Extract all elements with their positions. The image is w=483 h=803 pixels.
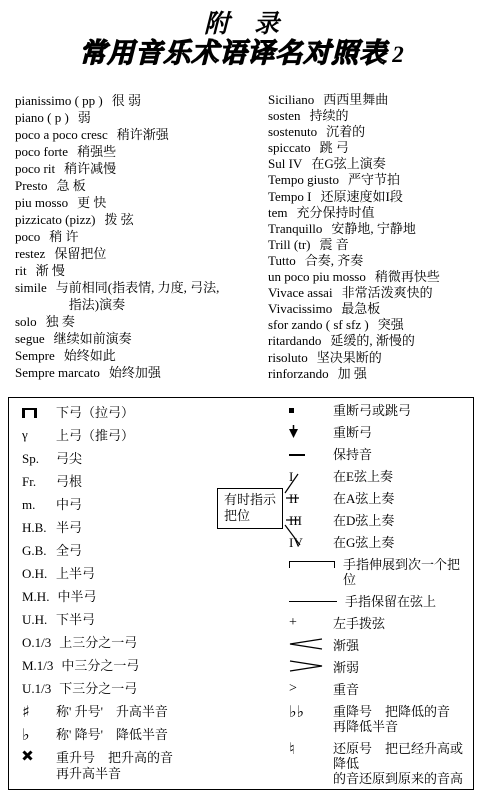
symbol-row: 重断弓或跳弓: [289, 403, 471, 418]
symbol-row: H.B.半弓: [22, 520, 240, 536]
symbol-meaning: 称' 降号' 降低半音: [56, 727, 168, 743]
symbol-meaning: 下三分之一弓: [59, 681, 137, 697]
symbol-meaning: 下弓（拉弓）: [56, 405, 134, 421]
sym-cell: I: [289, 469, 325, 484]
term-row: poco forte稍强些: [15, 143, 265, 160]
symbol-meaning: 上三分之一弓: [59, 635, 137, 651]
term-row: sfor zando ( sf sfz )突强: [268, 317, 481, 333]
symbol-row: Fr.弓根: [22, 474, 240, 490]
term-meaning: 持续的: [310, 108, 349, 124]
sym-cell: Sp.: [22, 451, 48, 467]
subtitle-number: 2: [392, 42, 404, 67]
term-row: ritardando延缓的, 渐慢的: [268, 333, 481, 349]
double-flat-icon: ♭♭: [289, 704, 304, 719]
symbol-meaning: 上半弓: [56, 566, 95, 582]
symbol-meaning: 在G弦上奏: [333, 535, 394, 550]
symbol-row: 手指保留在弦上: [289, 594, 471, 609]
symbol-row: 下弓（拉弓）: [22, 405, 240, 421]
term-meaning: 保留把位: [54, 245, 106, 262]
term-row: sostenuto沉着的: [268, 124, 481, 140]
term-row: Sempre始终如此: [15, 347, 265, 364]
term-row: Tranquillo安静地, 宁静地: [268, 221, 481, 237]
term-text: pizzicato (pizz): [15, 211, 95, 228]
sym-cell: [289, 638, 325, 650]
symbol-row: M.1/3中三分之一弓: [22, 658, 240, 674]
symbols-column-right: 重断弓或跳弓重断弓保持音I在E弦上奏II在A弦上奏III在D弦上奏IV在G弦上奏…: [289, 403, 471, 793]
term-text: sostenuto: [268, 124, 317, 140]
term-row: poco稍 许: [15, 228, 265, 245]
term-meaning: 更 快: [77, 194, 106, 211]
sym-cell: IV: [289, 535, 325, 550]
subtitle-text: 常用音乐术语译名对照表: [79, 38, 387, 68]
term-row: solo独 奏: [15, 313, 265, 330]
term-text: ritardando: [268, 333, 321, 349]
sharp-icon: ♯: [22, 704, 30, 719]
symbol-row: 渐弱: [289, 660, 471, 675]
term-meaning: 震 音: [320, 237, 349, 253]
bracket-icon: [289, 561, 335, 568]
term-text: un poco piu mosso: [268, 269, 366, 285]
flat-icon: ♭: [22, 727, 30, 742]
note-line2: 把位: [224, 508, 250, 523]
term-text: Tutto: [268, 253, 296, 269]
term-text: segue: [15, 330, 45, 347]
symbol-label: Fr.: [22, 474, 36, 490]
term-text: piu mosso: [15, 194, 68, 211]
sym-cell: [22, 405, 48, 418]
term-meaning: 西西里舞曲: [323, 92, 388, 108]
term-meaning: 突强: [378, 317, 404, 333]
symbol-meaning: 上弓（推弓）: [56, 428, 134, 444]
term-text: Sempre marcato: [15, 364, 100, 381]
term-text: rinforzando: [268, 366, 329, 382]
term-meaning: 稍强些: [77, 143, 116, 160]
term-meaning: 还原速度如I段: [321, 189, 403, 205]
term-text: Sempre: [15, 347, 55, 364]
term-meaning: 继续如前演奏: [54, 330, 132, 347]
symbol-row: ♮还原号 把已经升高或降低 的音还原到原来的音高: [289, 741, 471, 786]
double-sharp-icon: [22, 750, 33, 761]
symbol-label: II: [289, 491, 298, 506]
up-bow-icon: γ: [22, 428, 28, 442]
sym-cell: G.B.: [22, 543, 48, 559]
term-row: piu mosso更 快: [15, 194, 265, 211]
sym-cell: >: [289, 682, 325, 696]
symbol-label: U.H.: [22, 612, 47, 628]
term-text: Tranquillo: [268, 221, 322, 237]
term-row: Vivacissimo最急板: [268, 301, 481, 317]
symbol-label: M.1/3: [22, 658, 53, 674]
symbol-row: I在E弦上奏: [289, 469, 471, 484]
symbol-meaning: 中半弓: [57, 589, 96, 605]
sym-cell: [289, 557, 335, 568]
symbol-label: O.1/3: [22, 635, 51, 651]
term-row: simile与前相同(指表情, 力度, 弓法, 指法)演奏: [15, 279, 265, 313]
term-row: piano ( p )弱: [15, 109, 265, 126]
symbol-meaning: 左手拨弦: [333, 616, 385, 631]
term-meaning: 在G弦上演奏: [311, 156, 385, 172]
term-row: pianissimo ( pp )很 弱: [15, 92, 265, 109]
symbol-meaning: 重降号 把降低的音 再降低半音: [333, 704, 450, 734]
term-text: Tempo I: [268, 189, 312, 205]
terms-column-right: Siciliano西西里舞曲sosten持续的sostenuto沉着的spicc…: [268, 92, 481, 382]
sym-cell: [289, 594, 337, 602]
term-meaning: 与前相同(指表情, 力度, 弓法, 指法)演奏: [56, 279, 220, 313]
sym-cell: O.1/3: [22, 635, 51, 651]
sym-cell: H.B.: [22, 520, 48, 536]
symbol-meaning: 手指伸展到次一个把位: [343, 557, 471, 587]
sym-cell: Fr.: [22, 474, 48, 490]
term-meaning: 弱: [78, 109, 91, 126]
term-meaning: 稍 许: [49, 228, 78, 245]
sym-cell: [22, 750, 48, 761]
term-text: restez: [15, 245, 45, 262]
symbol-meaning: 中三分之一弓: [61, 658, 139, 674]
term-row: Trill (tr)震 音: [268, 237, 481, 253]
term-row: tem充分保持时值: [268, 205, 481, 221]
symbol-meaning: 全弓: [56, 543, 82, 559]
term-meaning: 合奏, 齐奏: [305, 253, 364, 269]
symbol-meaning: 渐强: [333, 638, 359, 653]
symbol-row: 手指伸展到次一个把位: [289, 557, 471, 587]
term-meaning: 拨 弦: [104, 211, 133, 228]
term-meaning: 坚决果断的: [317, 350, 382, 366]
symbol-meaning: 在D弦上奏: [333, 513, 394, 528]
page: 附 录 常用音乐术语译名对照表2 pianissimo ( pp )很 弱pia…: [0, 0, 483, 803]
symbol-meaning: 在A弦上奏: [333, 491, 394, 506]
marcato-icon: [289, 425, 298, 438]
symbols-box: 下弓（拉弓）γ上弓（推弓）Sp.弓尖Fr.弓根m.中弓H.B.半弓G.B.全弓O…: [8, 397, 474, 790]
symbol-label: m.: [22, 497, 35, 513]
sym-cell: O.H.: [22, 566, 48, 582]
sym-cell: ♯: [22, 704, 48, 719]
term-row: poco a poco cresc稍许渐强: [15, 126, 265, 143]
symbol-meaning: 手指保留在弦上: [345, 594, 436, 609]
symbol-row: II在A弦上奏: [289, 491, 471, 506]
symbol-row: G.B.全弓: [22, 543, 240, 559]
symbol-label: M.H.: [22, 589, 49, 605]
long-line-icon: [289, 601, 337, 602]
symbol-row: O.1/3上三分之一弓: [22, 635, 240, 651]
term-row: Siciliano西西里舞曲: [268, 92, 481, 108]
sym-cell: [289, 425, 325, 438]
decrescendo-icon: [289, 660, 323, 672]
sym-cell: ♮: [289, 741, 325, 756]
term-text: risoluto: [268, 350, 308, 366]
symbol-meaning: 称' 升号' 升高半音: [56, 704, 168, 720]
term-row: poco rit稍许减慢: [15, 160, 265, 177]
symbol-label: IV: [289, 535, 303, 550]
symbol-row: +左手拨弦: [289, 616, 471, 631]
term-text: Vivace assai: [268, 285, 333, 301]
symbol-label: I: [289, 469, 293, 484]
symbol-row: M.H.中半弓: [22, 589, 240, 605]
term-row: Sempre marcato始终加强: [15, 364, 265, 381]
term-meaning: 很 弱: [112, 92, 141, 109]
sym-cell: [289, 403, 325, 413]
symbol-row: ♭♭重降号 把降低的音 再降低半音: [289, 704, 471, 734]
symbol-row: γ上弓（推弓）: [22, 428, 240, 444]
term-text: simile: [15, 279, 47, 296]
accent-icon: >: [289, 682, 297, 696]
symbol-row: 渐强: [289, 638, 471, 653]
symbol-row: Sp.弓尖: [22, 451, 240, 467]
term-text: rit: [15, 262, 27, 279]
down-bow-icon: [22, 408, 37, 418]
term-meaning: 稍微再快些: [375, 269, 440, 285]
term-text: poco forte: [15, 143, 68, 160]
sym-cell: III: [289, 513, 325, 528]
term-text: poco a poco cresc: [15, 126, 108, 143]
term-meaning: 始终加强: [109, 364, 161, 381]
term-text: piano ( p ): [15, 109, 69, 126]
symbol-row: O.H.上半弓: [22, 566, 240, 582]
symbol-row: >重音: [289, 682, 471, 697]
term-text: Trill (tr): [268, 237, 311, 253]
sym-cell: II: [289, 491, 325, 506]
symbol-label: III: [289, 513, 302, 528]
term-text: solo: [15, 313, 37, 330]
symbol-meaning: 半弓: [56, 520, 82, 536]
symbol-row: U.H.下半弓: [22, 612, 240, 628]
term-row: sosten持续的: [268, 108, 481, 124]
term-text: Vivacissimo: [268, 301, 332, 317]
term-meaning: 急 板: [57, 177, 86, 194]
term-row: Tutto合奏, 齐奏: [268, 253, 481, 269]
term-row: rit渐 慢: [15, 262, 265, 279]
term-row: Sul IV在G弦上演奏: [268, 156, 481, 172]
term-row: un poco piu mosso稍微再快些: [268, 269, 481, 285]
term-row: pizzicato (pizz)拨 弦: [15, 211, 265, 228]
symbol-meaning: 在E弦上奏: [333, 469, 393, 484]
term-row: rinforzando加 强: [268, 366, 481, 382]
symbol-meaning: 重升号 把升高的音 再升高半音: [56, 750, 173, 782]
sym-cell: U.H.: [22, 612, 48, 628]
term-row: Tempo giusto严守节拍: [268, 172, 481, 188]
term-row: risoluto坚决果断的: [268, 350, 481, 366]
sym-cell: U.1/3: [22, 681, 51, 697]
term-text: Sul IV: [268, 156, 302, 172]
term-meaning: 稍许渐强: [117, 126, 169, 143]
symbol-row: 保持音: [289, 447, 471, 462]
page-subtitle: 常用音乐术语译名对照表2: [0, 31, 483, 70]
term-row: restez保留把位: [15, 245, 265, 262]
symbol-meaning: 中弓: [56, 497, 82, 513]
term-meaning: 最急板: [341, 301, 380, 317]
term-text: poco: [15, 228, 40, 245]
symbol-label: O.H.: [22, 566, 47, 582]
symbol-row: U.1/3下三分之一弓: [22, 681, 240, 697]
sym-cell: M.1/3: [22, 658, 53, 674]
symbol-meaning: 重断弓: [333, 425, 372, 440]
term-text: sfor zando ( sf sfz ): [268, 317, 369, 333]
term-meaning: 安静地, 宁静地: [331, 221, 416, 237]
symbol-label: G.B.: [22, 543, 47, 559]
term-text: poco rit: [15, 160, 55, 177]
symbol-row: IV在G弦上奏: [289, 535, 471, 550]
term-meaning: 沉着的: [326, 124, 365, 140]
term-row: spiccato跳 弓: [268, 140, 481, 156]
position-note-box: 有时指示 把位: [217, 488, 283, 529]
symbol-meaning: 下半弓: [56, 612, 95, 628]
term-row: segue继续如前演奏: [15, 330, 265, 347]
symbol-row: 重升号 把升高的音 再升高半音: [22, 750, 240, 782]
term-meaning: 渐 慢: [36, 262, 65, 279]
sym-cell: ♭♭: [289, 704, 325, 719]
term-row: Presto急 板: [15, 177, 265, 194]
symbol-label: U.1/3: [22, 681, 51, 697]
crescendo-icon: [289, 638, 323, 650]
symbol-label: Sp.: [22, 451, 39, 467]
terms-column-left: pianissimo ( pp )很 弱piano ( p )弱poco a p…: [15, 92, 265, 381]
term-meaning: 独 奏: [46, 313, 75, 330]
sym-cell: ♭: [22, 727, 48, 742]
term-meaning: 始终如此: [64, 347, 116, 364]
symbol-meaning: 弓根: [56, 474, 82, 490]
term-meaning: 充分保持时值: [297, 205, 375, 221]
symbol-row: ♯称' 升号' 升高半音: [22, 704, 240, 720]
sym-cell: [289, 660, 325, 672]
symbol-meaning: 重音: [333, 682, 359, 697]
plus-icon: +: [289, 616, 297, 630]
term-meaning: 非常活泼爽快的: [342, 285, 433, 301]
symbols-column-left: 下弓（拉弓）γ上弓（推弓）Sp.弓尖Fr.弓根m.中弓H.B.半弓G.B.全弓O…: [22, 405, 240, 789]
term-text: tem: [268, 205, 288, 221]
symbol-meaning: 保持音: [333, 447, 372, 462]
term-meaning: 跳 弓: [320, 140, 349, 156]
tenuto-icon: [289, 454, 305, 456]
sym-cell: +: [289, 616, 325, 630]
symbol-meaning: 还原号 把已经升高或降低 的音还原到原来的音高: [333, 741, 471, 786]
term-text: Siciliano: [268, 92, 314, 108]
symbol-row: III在D弦上奏: [289, 513, 471, 528]
sym-cell: γ: [22, 428, 48, 442]
term-text: spiccato: [268, 140, 311, 156]
symbol-meaning: 弓尖: [56, 451, 82, 467]
term-row: Tempo I还原速度如I段: [268, 189, 481, 205]
dot-icon: [289, 408, 294, 413]
sym-cell: M.H.: [22, 589, 49, 605]
symbol-meaning: 重断弓或跳弓: [333, 403, 411, 418]
term-meaning: 严守节拍: [348, 172, 400, 188]
term-text: Tempo giusto: [268, 172, 339, 188]
term-meaning: 延缓的, 渐慢的: [330, 333, 415, 349]
sym-cell: [289, 447, 325, 456]
symbol-label: H.B.: [22, 520, 47, 536]
symbol-meaning: 渐弱: [333, 660, 359, 675]
term-meaning: 加 强: [338, 366, 367, 382]
symbol-row: 重断弓: [289, 425, 471, 440]
note-line1: 有时指示: [224, 492, 276, 507]
term-row: Vivace assai非常活泼爽快的: [268, 285, 481, 301]
symbol-row: ♭称' 降号' 降低半音: [22, 727, 240, 743]
term-meaning: 稍许减慢: [64, 160, 116, 177]
term-text: Presto: [15, 177, 48, 194]
natural-icon: ♮: [289, 741, 295, 756]
sym-cell: m.: [22, 497, 48, 513]
symbol-row: m.中弓: [22, 497, 240, 513]
term-text: pianissimo ( pp ): [15, 92, 103, 109]
term-text: sosten: [268, 108, 301, 124]
